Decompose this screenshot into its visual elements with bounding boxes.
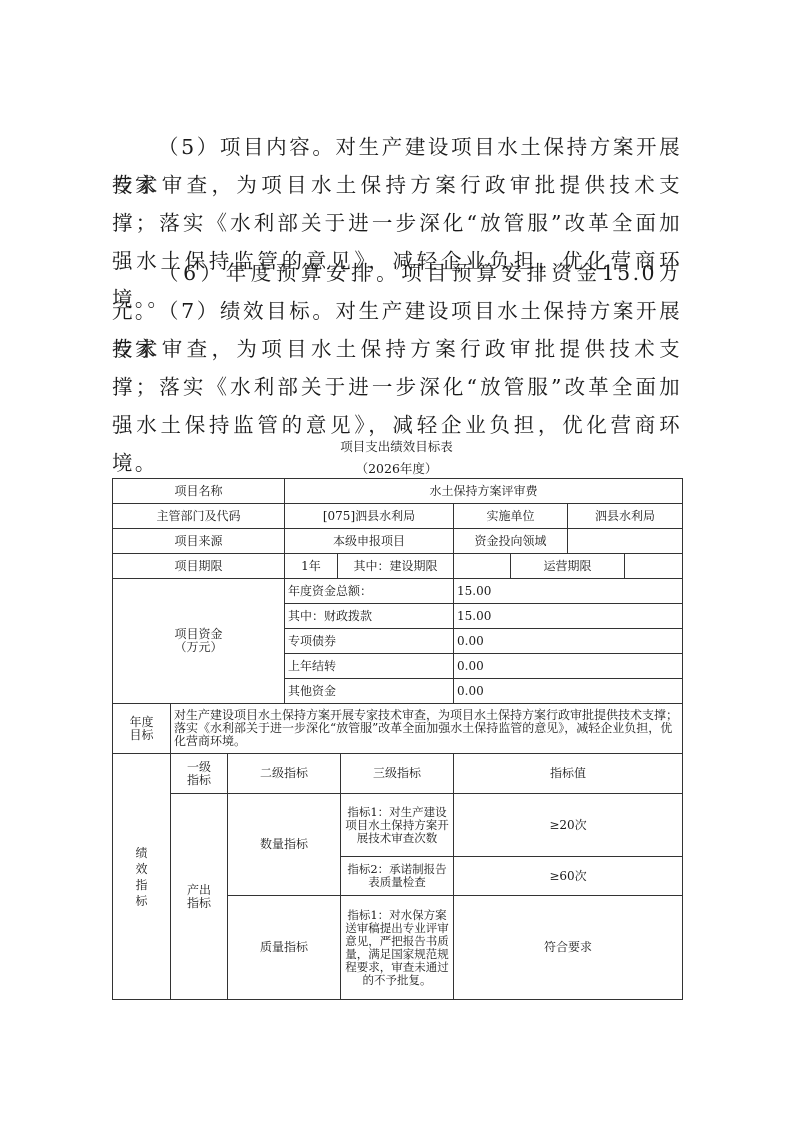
fund-item-value: 15.00 xyxy=(454,604,683,629)
fund-item-value: 0.00 xyxy=(454,679,683,704)
indicator-value: 符合要求 xyxy=(454,896,683,1000)
header-level2: 二级指标 xyxy=(228,754,341,794)
project-info-table: 项目名称 水土保持方案评审费 主管部门及代码 [075]泗县水利局 实施单位 泗… xyxy=(112,478,683,579)
source-value: 本级申报项目 xyxy=(285,529,454,554)
fund-item-label: 其中：财政拨款 xyxy=(285,604,454,629)
impl-unit-label: 实施单位 xyxy=(454,504,568,529)
performance-table: 年度目标 对生产建设项目水土保持方案开展专家技术审查，为项目水土保持方案行政审批… xyxy=(112,703,683,1000)
fund-item-value: 0.00 xyxy=(454,654,683,679)
indicator-name: 指标1：对水保方案送审稿提出专业评审意见，严把报告书质量，满足国家规范规程要求，… xyxy=(341,896,454,1000)
funds-table: 项目资金 （万元） 年度资金总额： 15.00 其中：财政拨款 15.00 专项… xyxy=(112,578,683,704)
project-name-value: 水土保持方案评审费 xyxy=(285,479,683,504)
funds-label-cell: 项目资金 （万元） xyxy=(113,579,285,704)
annual-goal-label: 年度目标 xyxy=(128,716,156,742)
header-level3: 三级指标 xyxy=(341,754,454,794)
indicator-name: 指标2：承诺制报告表质量检查 xyxy=(341,857,454,896)
table-title: 项目支出绩效目标表 xyxy=(0,437,793,455)
table-year: （2026年度） xyxy=(0,459,793,477)
fund-item-label: 专项债券 xyxy=(285,629,454,654)
op-period-label: 运营期限 xyxy=(511,554,625,579)
period-label: 项目期限 xyxy=(113,554,285,579)
funds-unit: （万元） xyxy=(116,641,281,654)
perf-label-cell: 绩效指标 xyxy=(113,754,171,1000)
project-name-label: 项目名称 xyxy=(113,479,285,504)
source-label: 项目来源 xyxy=(113,529,285,554)
dept-label: 主管部门及代码 xyxy=(113,504,285,529)
indicator-name: 指标1：对生产建设项目水土保持方案开展技术审查次数 xyxy=(341,794,454,857)
quantity-indicator-label: 数量指标 xyxy=(228,794,341,896)
period-value: 1年 xyxy=(285,554,338,579)
fund-item-value: 15.00 xyxy=(454,579,683,604)
indicator-value: ≥20次 xyxy=(454,794,683,857)
level1-output: 产出指标 xyxy=(185,884,213,910)
dept-value: [075]泗县水利局 xyxy=(285,504,454,529)
annual-goal-label-cell: 年度目标 xyxy=(113,704,171,754)
indicator-value: ≥60次 xyxy=(454,857,683,896)
fund-item-value: 0.00 xyxy=(454,629,683,654)
build-period-label: 其中：建设期限 xyxy=(338,554,454,579)
build-period-value xyxy=(454,554,511,579)
perf-label: 绩效指标 xyxy=(135,845,149,909)
impl-unit-value: 泗县水利局 xyxy=(568,504,683,529)
quality-indicator-label: 质量指标 xyxy=(228,896,341,1000)
header-value: 指标值 xyxy=(454,754,683,794)
fund-item-label: 年度资金总额： xyxy=(285,579,454,604)
op-period-value xyxy=(625,554,683,579)
header-level1: 一级指标 xyxy=(171,754,228,794)
invest-field-label: 资金投向领域 xyxy=(454,529,568,554)
fund-item-label: 上年结转 xyxy=(285,654,454,679)
fund-item-label: 其他资金 xyxy=(285,679,454,704)
annual-goal-text: 对生产建设项目水土保持方案开展专家技术审查，为项目水土保持方案行政审批提供技术支… xyxy=(171,704,683,754)
level1-output-cell: 产出指标 xyxy=(171,794,228,1000)
invest-field-value xyxy=(568,529,683,554)
